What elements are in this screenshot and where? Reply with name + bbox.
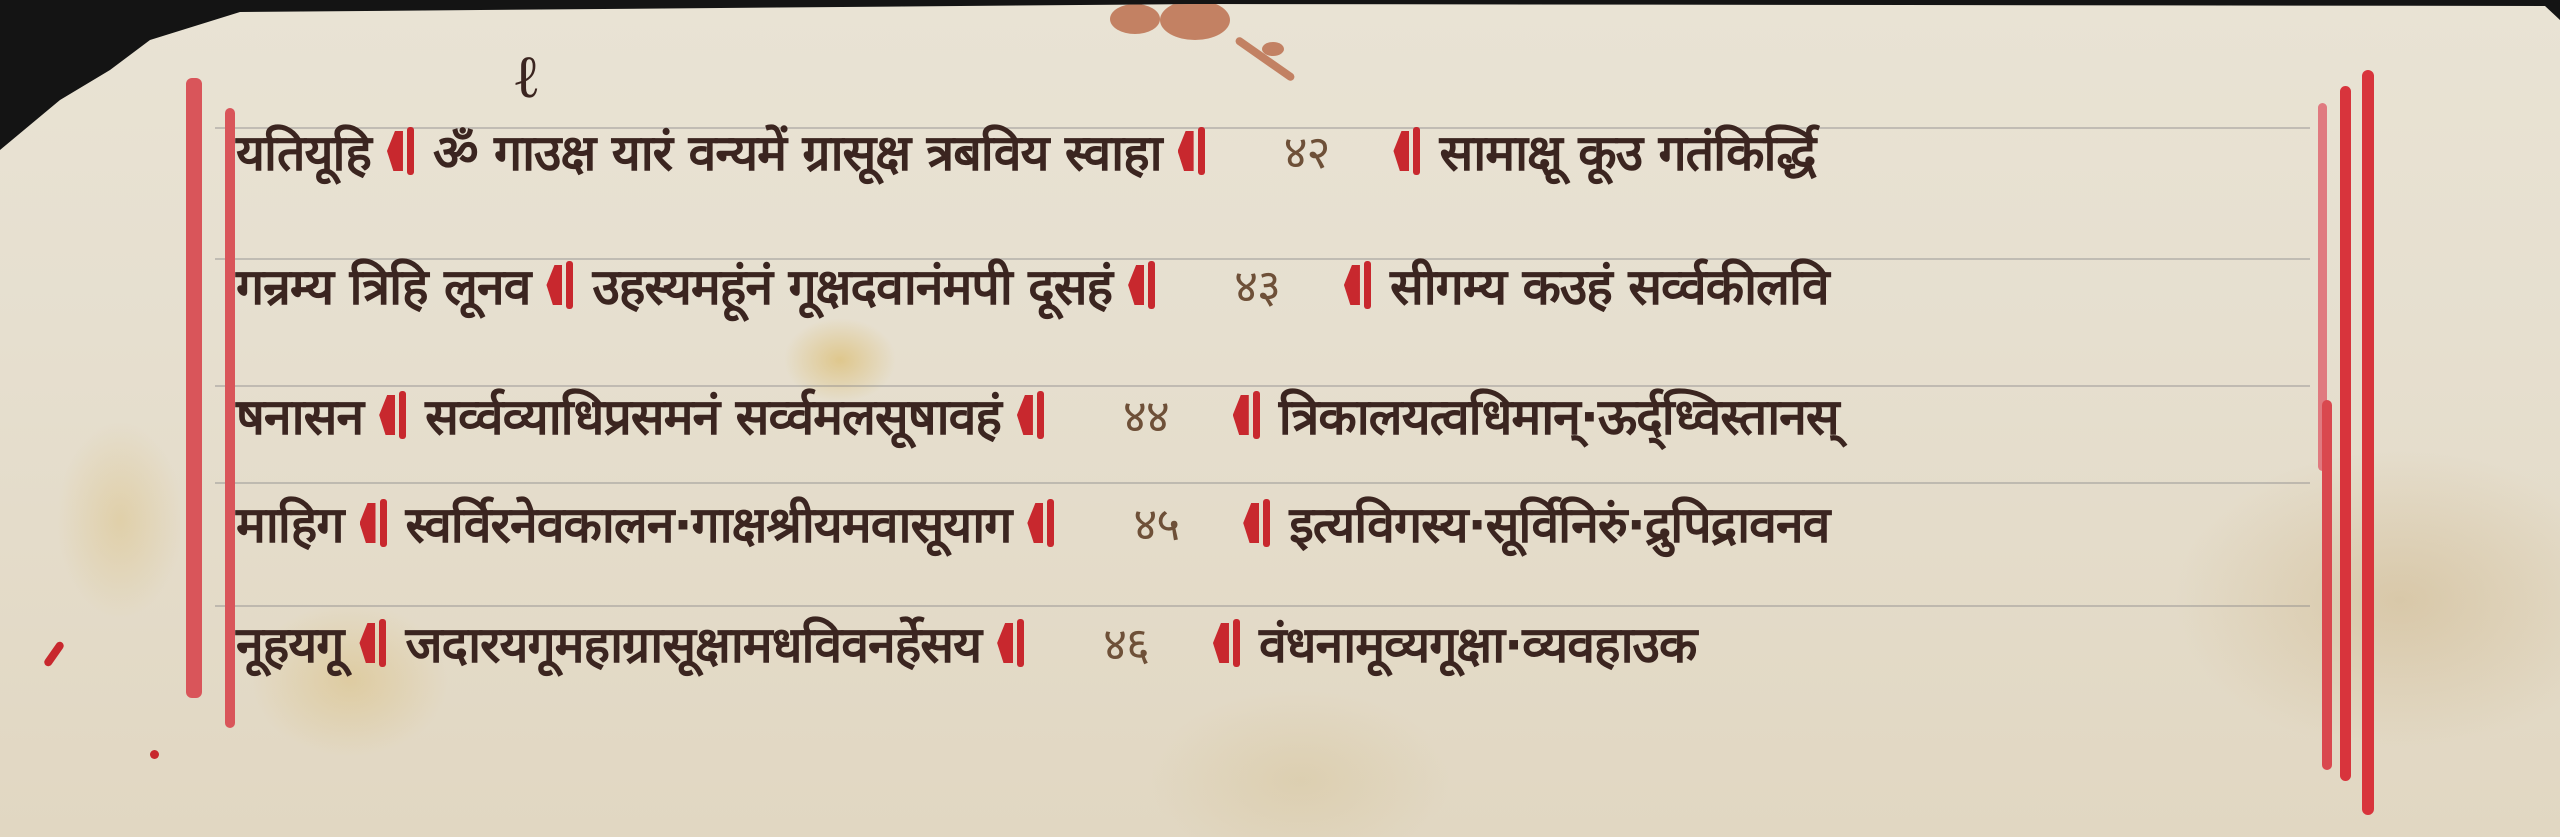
text-segment: इत्यविगस्य·सूर्विनिरुं·द्रुपिद्रावनव — [1289, 489, 1829, 557]
red-ink-drop — [150, 750, 159, 759]
red-danda-mark — [1241, 497, 1275, 549]
text-segment: स्वर्विरनेवकालन·गाक्षश्रीयमवासूयाग — [406, 489, 1012, 557]
text-segment: त्रिकालयत्वधिमान्‌·ऊर्द्ध्विस्तानस् — [1279, 381, 1839, 449]
red-danda-mark — [1391, 125, 1425, 177]
text-line-3: षनासन सर्व्वव्याधिप्रसमनं सर्व्वमलसूषावह… — [236, 380, 1839, 450]
red-ink-drop — [43, 640, 66, 668]
verse-number: ४५ — [1133, 492, 1179, 554]
red-danda-mark — [1025, 497, 1059, 549]
red-stain — [1110, 4, 1160, 34]
red-danda-mark — [358, 497, 392, 549]
red-danda-mark — [1015, 389, 1049, 441]
text-segment: ॐ गाउक्ष यारं वन्यमें ग्रासूक्ष त्रबविय … — [433, 117, 1162, 185]
manuscript-leaf: ℓ यतियूहि ॐ गाउक्ष यारं वन्यमें ग्रासूक्… — [0, 0, 2560, 837]
text-segment: उहस्यमहूंनं गूक्षदवानंमपी दूसहं — [592, 251, 1112, 319]
right-margin-rule — [2362, 70, 2374, 815]
right-margin-rule — [2322, 400, 2332, 770]
text-segment: नूहयगू — [236, 609, 343, 677]
text-line-5: नूहयगू जदारयगूमहाग्रासूक्षामधविवनर्हेसय … — [236, 608, 1696, 678]
text-segment: माहिग — [236, 489, 344, 557]
verse-number: ४३ — [1234, 254, 1280, 316]
red-danda-mark — [544, 259, 578, 311]
red-danda-mark — [1176, 125, 1210, 177]
verse-number: ४२ — [1284, 120, 1330, 182]
text-segment: गन्रम्य त्रिहि लूनव — [236, 251, 530, 319]
text-segment: सर्व्वव्याधिप्रसमनं सर्व्वमलसूषावहं — [425, 381, 1001, 449]
text-segment: सामाक्षू कूउ गतंकिर्द्धि — [1439, 117, 1815, 185]
red-danda-mark — [357, 617, 391, 669]
ruling-line — [215, 482, 2310, 484]
verse-number: ४४ — [1123, 384, 1169, 446]
red-danda-mark — [385, 125, 419, 177]
text-line-1: यतियूहि ॐ गाउक्ष यारं वन्यमें ग्रासूक्ष … — [236, 116, 1815, 186]
red-danda-mark — [995, 617, 1029, 669]
text-segment: यतियूहि — [236, 117, 371, 185]
red-danda-mark — [1231, 389, 1265, 441]
red-danda-mark — [1126, 259, 1160, 311]
text-segment: षनासन — [236, 381, 363, 449]
text-line-2: गन्रम्य त्रिहि लूनव उहस्यमहूंनं गूक्षदवा… — [236, 250, 1829, 320]
text-line-4: माहिग स्वर्विरनेवकालन·गाक्षश्रीयमवासूयाग… — [236, 488, 1829, 558]
marginal-mark: ℓ — [512, 42, 541, 112]
red-stain — [1160, 0, 1230, 40]
text-segment: वंधनामूव्यगूक्षा·व्यवहाउक — [1259, 609, 1696, 677]
red-danda-mark — [377, 389, 411, 441]
left-margin-rule — [186, 78, 202, 698]
right-margin-rule — [2340, 86, 2351, 781]
verse-number: ४६ — [1103, 612, 1149, 674]
text-segment: जदारयगूमहाग्रासूक्षामधविवनर्हेसय — [405, 609, 981, 677]
red-danda-mark — [1342, 259, 1376, 311]
red-danda-mark — [1211, 617, 1245, 669]
ruling-line — [215, 605, 2310, 607]
text-segment: सीगम्य कउहं सर्व्वकीलवि — [1390, 251, 1829, 319]
left-margin-rule — [225, 108, 235, 728]
